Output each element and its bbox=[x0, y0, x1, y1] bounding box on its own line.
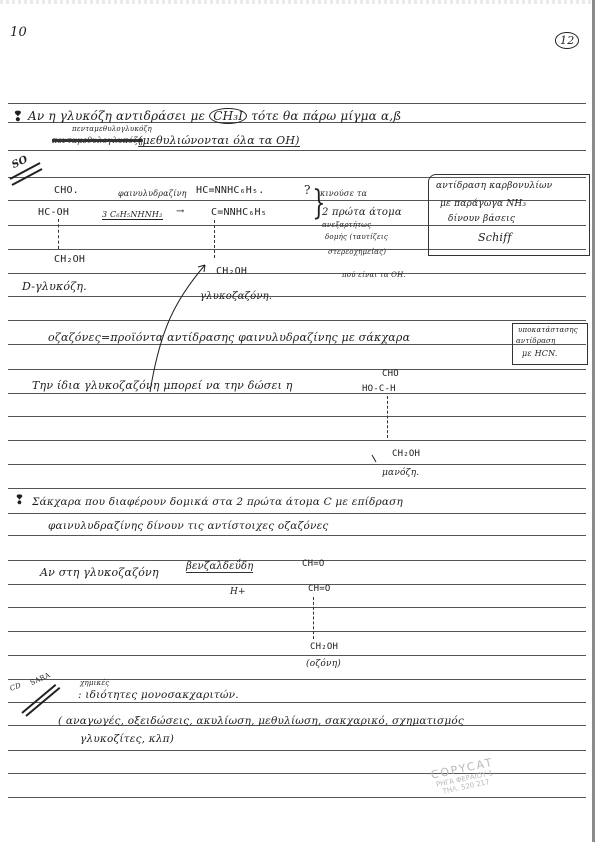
chem-line3: γλυκοζίτες, κλπ) bbox=[80, 734, 174, 745]
q2-line1: Σάκχαρα που διαφέρουν δομικά στα 2 πρώτα… bbox=[32, 497, 403, 508]
osone-c2: CH=O bbox=[308, 585, 330, 594]
chem-above: χημικές bbox=[80, 680, 109, 687]
acid-catalyst: H+ bbox=[230, 588, 246, 597]
chem-line2: ( αναγωγές, οξειδώσεις, ακυλίωση, μεθυλί… bbox=[58, 716, 464, 727]
osone-c1: CH=O bbox=[302, 560, 324, 569]
osone-line: Αν στη γλυκοζαζόνη bbox=[40, 567, 159, 578]
benzaldehyde-reagent: βενζαλδεΰδη bbox=[186, 562, 253, 573]
important-marker-icon: ❢ bbox=[14, 494, 25, 507]
chem-line1: : ιδιότητες μονοσακχαριτών. bbox=[78, 690, 239, 701]
osone-chain-bond bbox=[313, 597, 314, 639]
osone-c6: CH₂OH bbox=[310, 643, 338, 652]
osone-label: (οζόνη) bbox=[306, 660, 341, 669]
notebook-page: 10 12 ❢ Αν η γλυκόζη αντιδράσει με CH₃I … bbox=[0, 0, 595, 842]
q2-line2: φαινυλυδραζίνης δίνουν τις αντίστοιχες ο… bbox=[48, 521, 328, 532]
